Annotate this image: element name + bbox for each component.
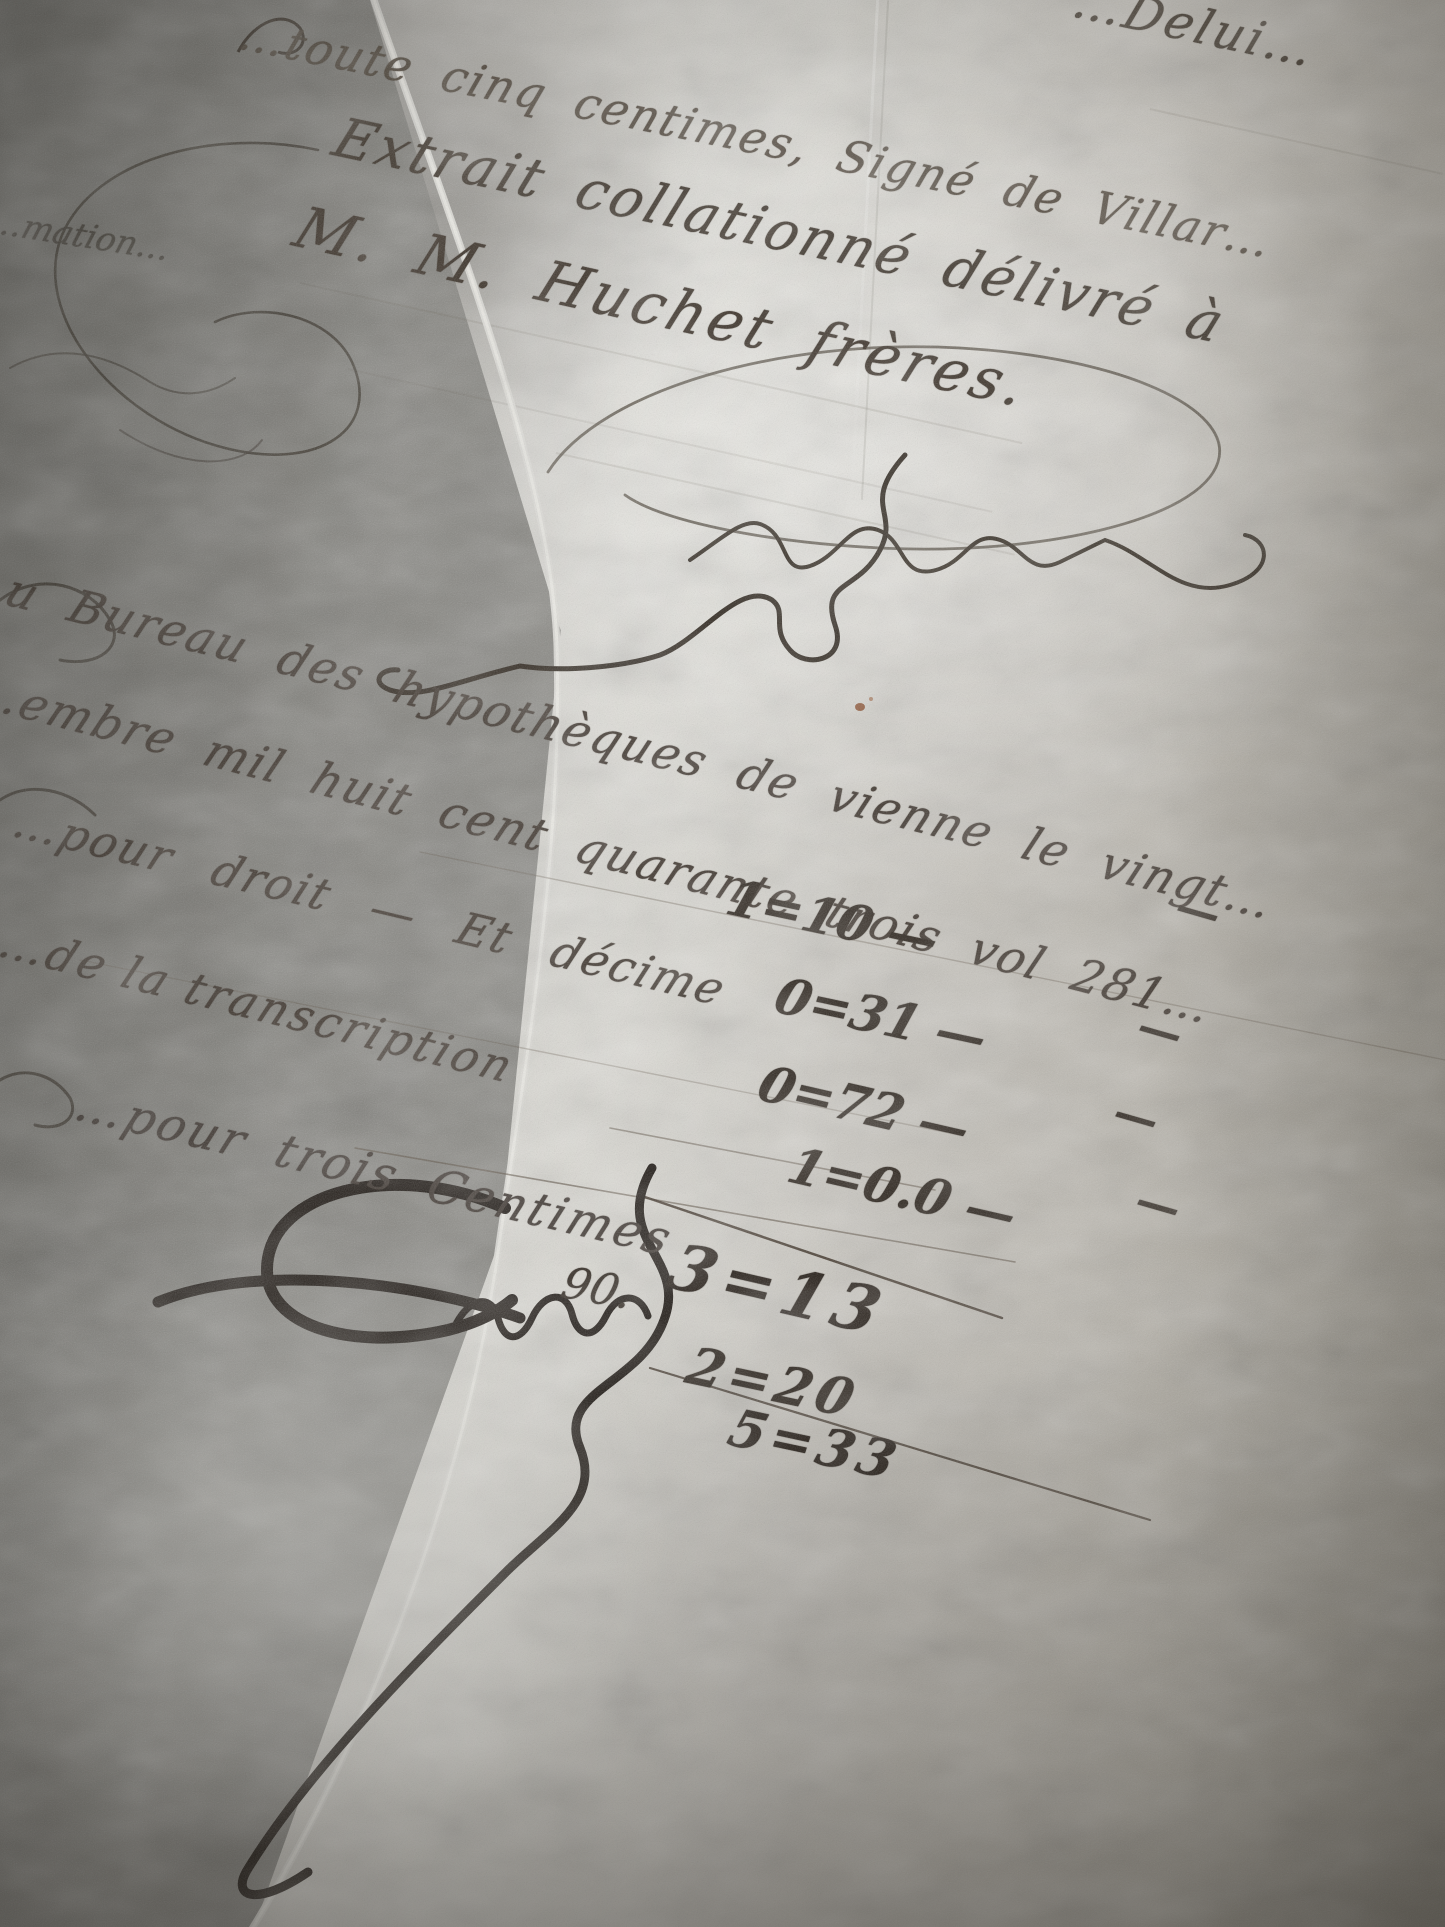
fee-amount: 0=31 — [768, 966, 995, 1067]
ink-speck [855, 703, 865, 711]
total-amount: 3=13 [659, 1230, 897, 1351]
fee-amount: 1=0.0 — [781, 1136, 1025, 1244]
total-amount: 90. [556, 1258, 639, 1319]
manuscript-photo: …Delui… …toute cinq centimes, Signé de V… [0, 0, 1445, 1927]
ruled-guideline [556, 452, 1015, 556]
stray-dash: — [1130, 1174, 1186, 1235]
ruled-guideline [1150, 108, 1443, 175]
ink-speck [869, 697, 873, 701]
stray-dash: — [1108, 1086, 1164, 1147]
fee-amount: 0=72 — [751, 1054, 979, 1158]
top-fragment: …Delui… [1066, 0, 1325, 78]
